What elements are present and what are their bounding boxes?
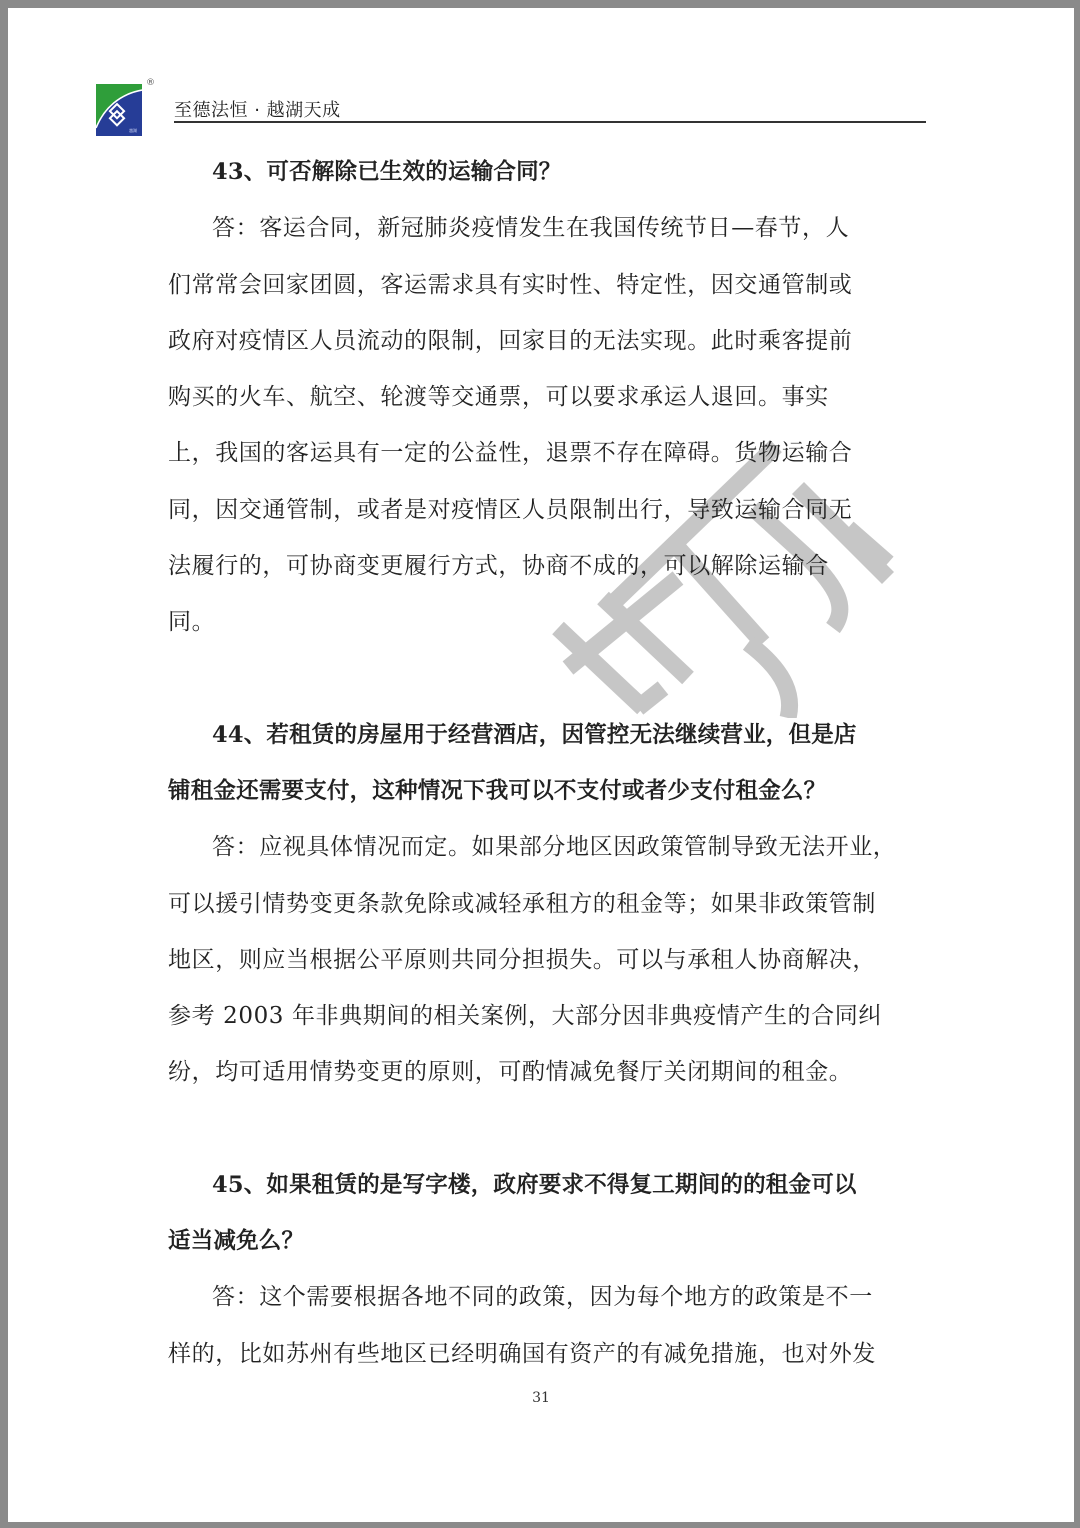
- answer-line: 法履行的，可协商变更履行方式，协商不成的，可以解除运输合: [168, 538, 922, 594]
- question-heading: 44、若租赁的房屋用于经营酒店，因管控无法继续营业，但是店: [168, 707, 922, 763]
- answer-line: 地区，则应当根据公平原则共同分担损失。可以与承租人协商解决，: [168, 932, 922, 988]
- document-body: 43、可否解除已生效的运输合同？ 答：客运合同，新冠肺炎疫情发生在我国传统节日—…: [168, 144, 922, 1382]
- answer-line: 可以援引情势变更条款免除或减轻承租方的租金等；如果非政策管制: [168, 876, 922, 932]
- header-divider: [174, 121, 926, 123]
- registered-mark: ®: [146, 78, 155, 88]
- qa-section-44: 44、若租赁的房屋用于经营酒店，因管控无法继续营业，但是店 铺租金还需要支付，这…: [168, 707, 922, 1101]
- answer-line: 纷，均可适用情势变更的原则，可酌情减免餐厅关闭期间的租金。: [168, 1044, 922, 1100]
- document-page: 越湖 ® 至德法恒 · 越湖天成 43、可否解除已生效的运输合同？ 答：客运合同…: [8, 8, 1074, 1522]
- question-heading: 43、可否解除已生效的运输合同？: [168, 144, 922, 200]
- answer-line: 答：这个需要根据各地不同的政策，因为每个地方的政策是不一: [168, 1269, 922, 1325]
- page-header: 越湖 ® 至德法恒 · 越湖天成: [96, 74, 926, 140]
- answer-line: 样的，比如苏州有些地区已经明确国有资产的有减免措施，也对外发: [168, 1326, 922, 1382]
- qa-section-43: 43、可否解除已生效的运输合同？ 答：客运合同，新冠肺炎疫情发生在我国传统节日—…: [168, 144, 922, 651]
- question-heading: 铺租金还需要支付，这种情况下我可以不支付或者少支付租金么？: [168, 763, 922, 819]
- qa-section-45: 45、如果租赁的是写字楼，政府要求不得复工期间的的租金可以 适当减免么？ 答：这…: [168, 1157, 922, 1382]
- answer-line: 参考 2003 年非典期间的相关案例，大部分因非典疫情产生的合同纠: [168, 988, 922, 1044]
- section-spacer: [168, 651, 922, 707]
- answer-line: 购买的火车、航空、轮渡等交通票，可以要求承运人退回。事实: [168, 369, 922, 425]
- answer-line: 答：客运合同，新冠肺炎疫情发生在我国传统节日—春节，人: [168, 200, 922, 256]
- question-heading: 适当减免么？: [168, 1213, 922, 1269]
- answer-line: 上，我国的客运具有一定的公益性，退票不存在障碍。货物运输合: [168, 425, 922, 481]
- firm-logo: 越湖: [96, 84, 142, 136]
- logo-small-text: 越湖: [129, 128, 137, 134]
- answer-line: 同，因交通管制，或者是对疫情区人员限制出行，导致运输合同无: [168, 482, 922, 538]
- page-number: 31: [8, 1390, 1074, 1406]
- answer-line: 答：应视具体情况而定。如果部分地区因政策管制导致无法开业，: [168, 819, 922, 875]
- answer-line: 们常常会回家团圆，客运需求具有实时性、特定性，因交通管制或: [168, 257, 922, 313]
- answer-line: 同。: [168, 594, 922, 650]
- section-spacer: [168, 1101, 922, 1157]
- header-title: 至德法恒 · 越湖天成: [174, 96, 341, 122]
- question-heading: 45、如果租赁的是写字楼，政府要求不得复工期间的的租金可以: [168, 1157, 922, 1213]
- answer-line: 政府对疫情区人员流动的限制，回家目的无法实现。此时乘客提前: [168, 313, 922, 369]
